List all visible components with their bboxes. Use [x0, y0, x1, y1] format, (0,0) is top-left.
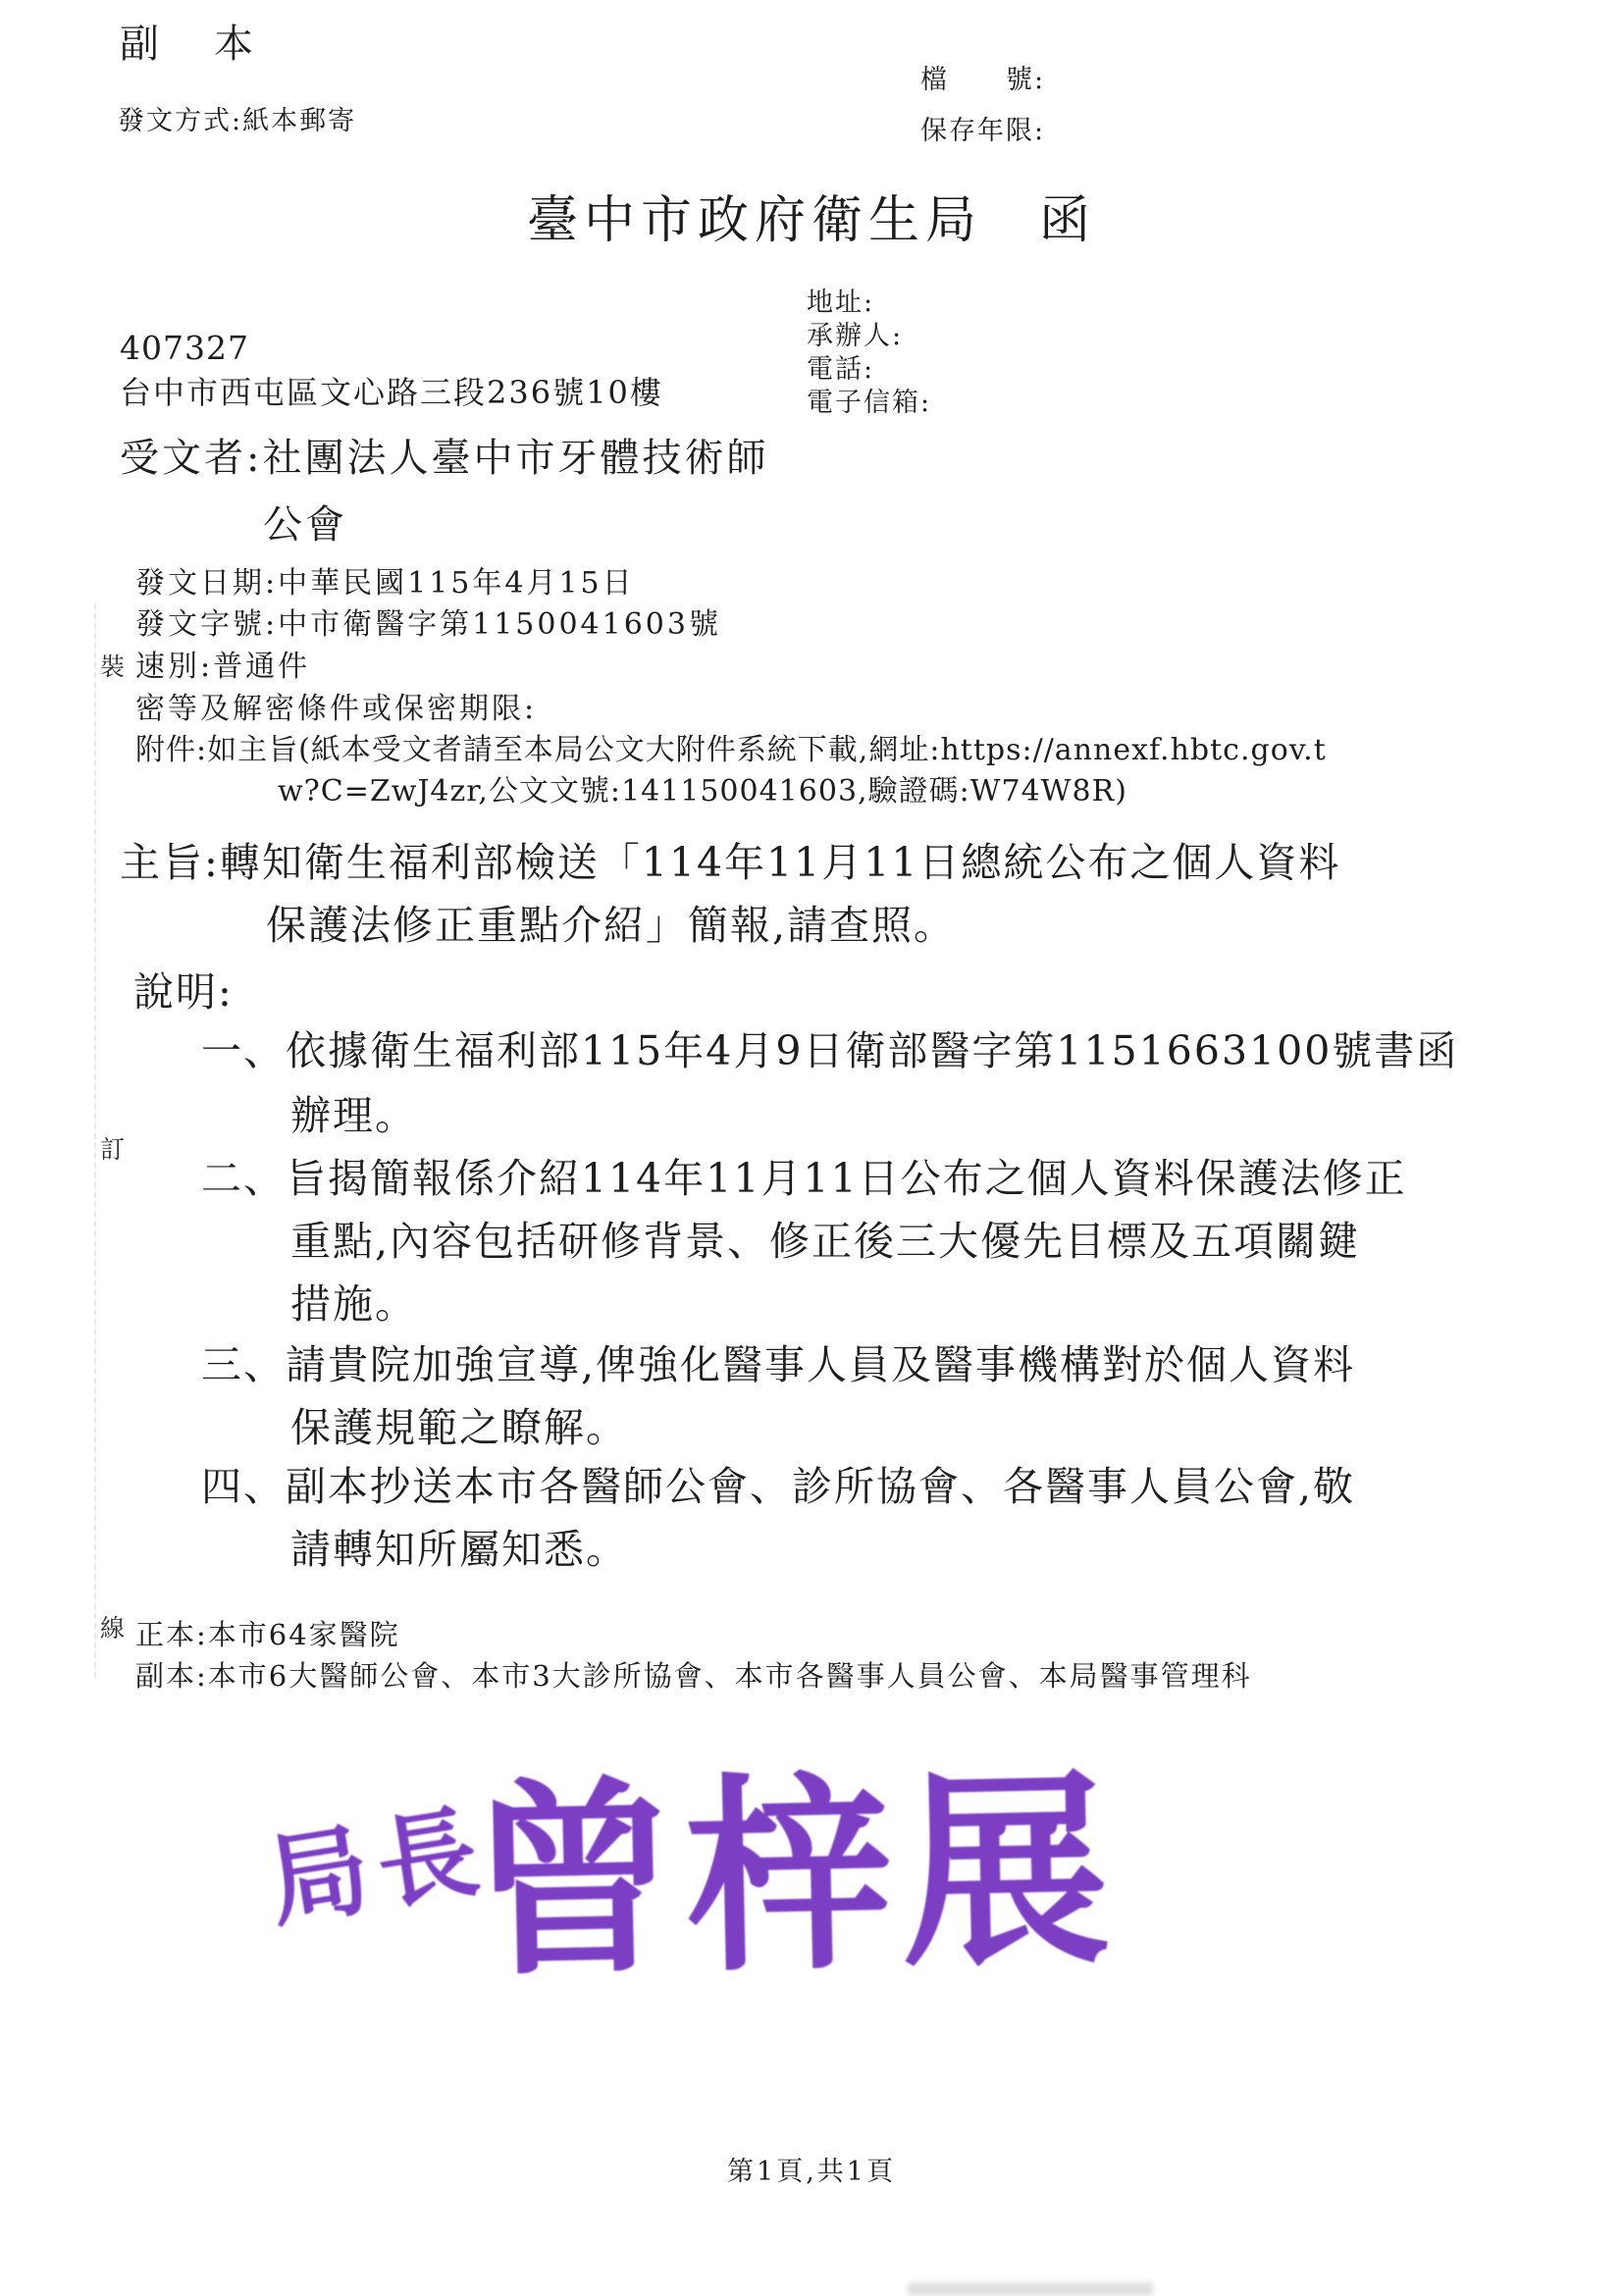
- contact-officer-label: 承辦人:: [807, 320, 931, 353]
- recipient-line: 受文者:社團法人臺中市牙體技術師: [120, 436, 768, 481]
- subject-line-2: 保護法修正重點介紹」簡報,請查照。: [266, 903, 956, 949]
- distribution-original: 正本:本市64家醫院: [135, 1619, 400, 1651]
- subject-line-1: 主旨:轉知衛生福利部檢送「114年11月11日總統公布之個人資料: [120, 840, 1340, 886]
- postal-code: 407327: [120, 330, 249, 367]
- description-item-2-line-3: 措施。: [290, 1281, 417, 1328]
- binding-mark-xian: 線: [100, 1609, 125, 1644]
- contact-email-label: 電子信箱:: [807, 387, 931, 420]
- binding-mark-ding: 訂: [100, 1130, 125, 1166]
- binding-mark-zhuang: 裝: [100, 648, 125, 683]
- sender-address: 台中市西屯區文心路三段236號10樓: [120, 375, 663, 411]
- contact-address-label: 地址:: [807, 287, 931, 320]
- description-item-1-line-2: 辦理。: [290, 1093, 417, 1139]
- description-heading: 說明:: [133, 969, 234, 1016]
- description-item-3-line-1: 三、請貴院加強宣導,俾強化醫事人員及醫事機構對於個人資料: [201, 1342, 1355, 1388]
- copy-label: 副 本: [120, 22, 261, 67]
- description-item-4-line-2: 請轉知所屬知悉。: [290, 1527, 628, 1573]
- page-number: 第1頁,共1頁: [0, 2157, 1623, 2187]
- attachment-line-1: 附件:如主旨(紙本受文者請至本局公文大附件系統下載,網址:https://ann…: [135, 734, 1327, 768]
- file-number-label: 檔 號:: [920, 65, 1045, 95]
- binding-fold-line: [94, 603, 96, 1678]
- priority-level: 速別:普通件: [135, 651, 310, 685]
- description-item-2-line-2: 重點,內容包括研修背景、修正後三大優先目標及五項關鍵: [290, 1219, 1360, 1265]
- stamp-title-director-general: 局長: [257, 1771, 497, 1947]
- distribution-copies: 副本:本市6大醫師公會、本市3大診所協會、本市各醫事人員公會、本局醫事管理科: [135, 1660, 1252, 1693]
- stamp-name-signature: 曾梓展: [466, 1702, 1120, 2015]
- issue-number: 發文字號:中市衛醫字第1150041603號: [135, 608, 721, 643]
- issue-date: 發文日期:中華民國115年4月15日: [135, 567, 635, 601]
- description-item-2-line-1: 二、旨揭簡報係介紹114年11月11日公布之個人資料保護法修正: [201, 1156, 1407, 1202]
- description-item-1-line-1: 一、依據衛生福利部115年4月9日衛部醫字第1151663100號書函: [201, 1028, 1458, 1074]
- contact-phone-label: 電話:: [807, 353, 931, 387]
- description-item-4-line-1: 四、副本抄送本市各醫師公會、診所協會、各醫事人員公會,敬: [201, 1464, 1355, 1510]
- attachment-line-2: w?C=ZwJ4zr,公文文號:141150041603,驗證碼:W74W8R): [278, 775, 1127, 809]
- document-page: 副 本 發文方式:紙本郵寄 檔 號: 保存年限: 臺中市政府衛生局 函 地址: …: [0, 0, 1623, 2296]
- delivery-method: 發文方式:紙本郵寄: [118, 106, 356, 136]
- recipient-line-continued: 公會: [263, 502, 347, 548]
- contact-info-block: 地址: 承辦人: 電話: 電子信箱:: [807, 287, 931, 420]
- retention-period-label: 保存年限:: [920, 116, 1045, 146]
- description-item-3-line-2: 保護規範之瞭解。: [290, 1405, 628, 1451]
- classification-label: 密等及解密條件或保密期限:: [135, 693, 537, 727]
- scan-artifact: [908, 2282, 1153, 2296]
- document-title: 臺中市政府衛生局 函: [0, 179, 1623, 252]
